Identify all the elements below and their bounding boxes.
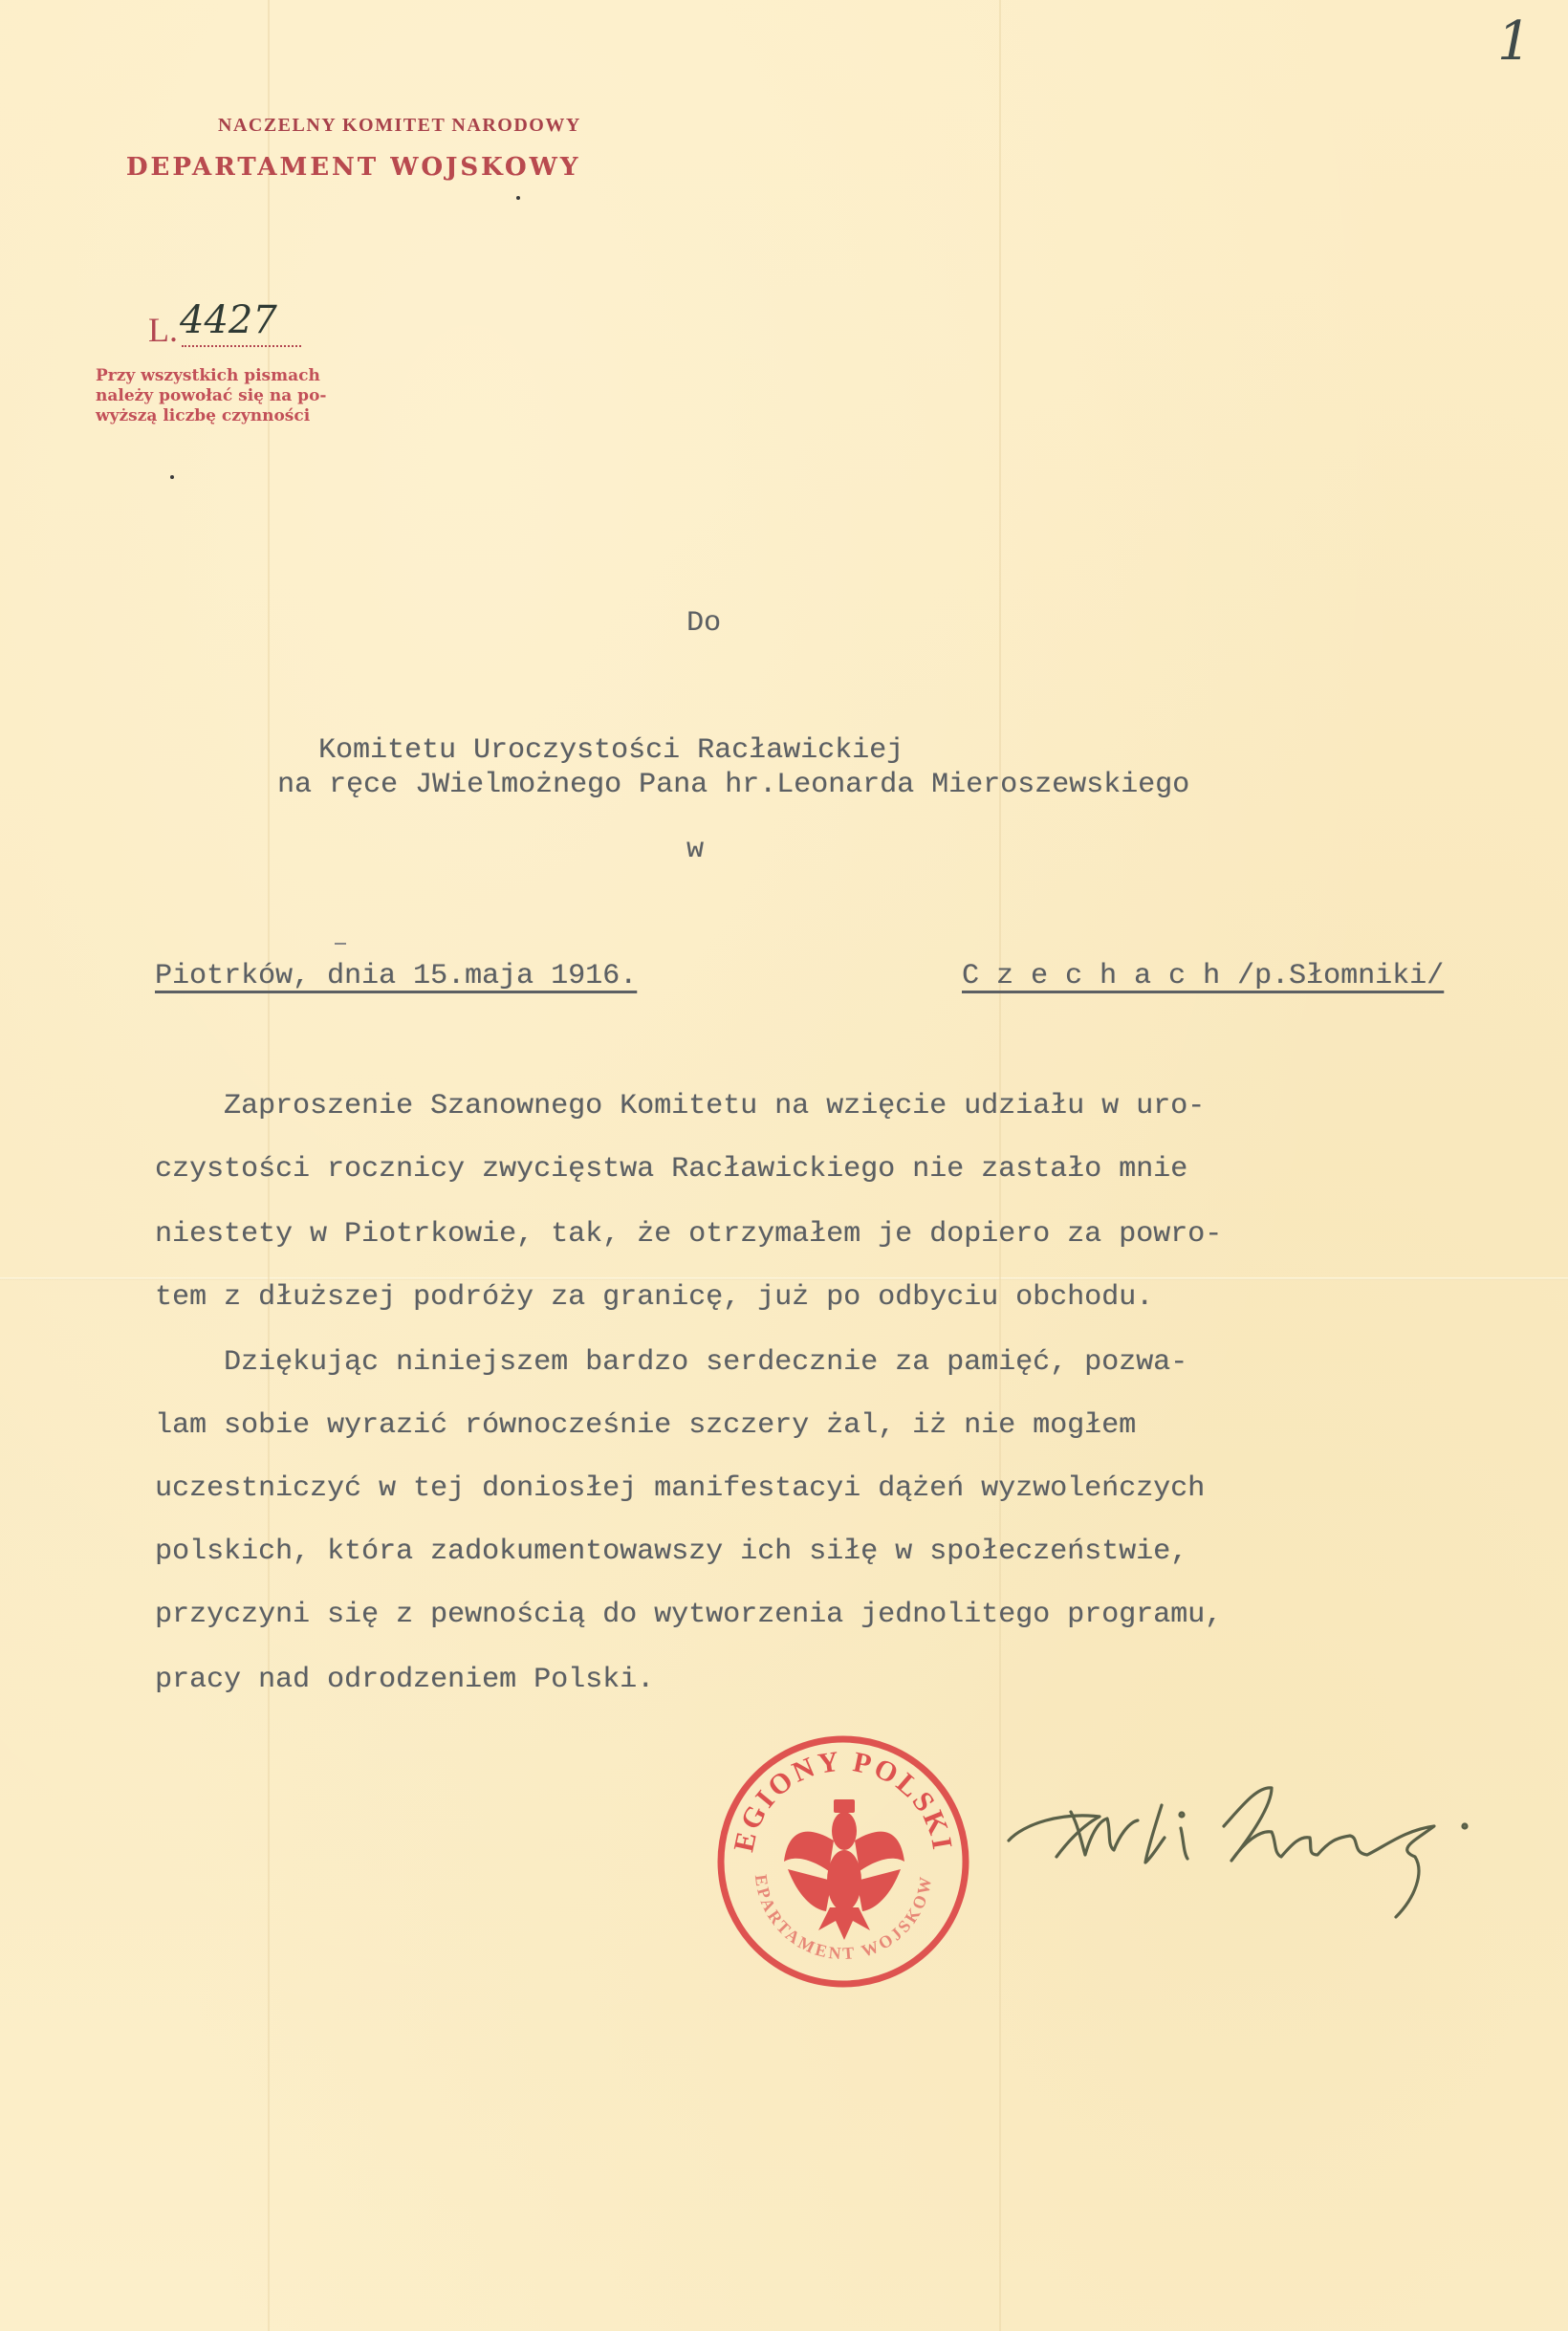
letterhead-organization: NACZELNY KOMITET NARODOWY [218, 115, 581, 137]
body-line: czystości rocznicy zwycięstwa Racławicki… [155, 1153, 1187, 1186]
reference-note-line: wyższą liczbę czynności [96, 406, 363, 426]
reference-dotted-line [182, 345, 301, 347]
addressee-line-2: na ręce JWielmożnego Pana hr.Leonarda Mi… [277, 769, 1189, 801]
body-line: tem z dłuższej podróży za granicę, już p… [155, 1281, 1153, 1314]
locality: C z e c h a c h /p.Słomniki/ [962, 960, 1444, 992]
reference-note: Przy wszystkich pismach należy powołać s… [96, 366, 363, 426]
place-and-date: Piotrków, dnia 15.maja 1916. [155, 960, 637, 992]
body-line: uczestniczyć w tej doniosłej manifestacy… [155, 1472, 1205, 1505]
ink-dot [516, 196, 520, 200]
reference-prefix: L. [148, 310, 178, 350]
handwritten-signature [994, 1750, 1472, 1922]
eagle-emblem-icon: LEGIONY POLSKIE DEPARTAMENT WOJSKOWY [709, 1728, 977, 1995]
reference-number: L. 4427 [148, 306, 277, 350]
body-line: niestety w Piotrkowie, tak, że otrzymałe… [155, 1218, 1222, 1251]
body-line: polskich, która zadokumentowawszy ich si… [155, 1536, 1187, 1568]
addressee-line-1: Komitetu Uroczystości Racławickiej [318, 734, 904, 767]
body-line: Zaproszenie Szanownego Komitetu na wzięc… [155, 1090, 1205, 1122]
reference-note-line: Przy wszystkich pismach [96, 366, 363, 386]
body-line: lam sobie wyrazić równocześnie szczery ż… [155, 1409, 1136, 1442]
page-number: 1 [1497, 15, 1532, 69]
ink-tick [335, 943, 346, 945]
signature-icon [994, 1750, 1472, 1922]
body-line: przyczyni się z pewnością do wytworzenia… [155, 1599, 1222, 1631]
reference-handwritten-number: 4427 [180, 298, 277, 342]
addressee-salutation: Do [686, 607, 721, 640]
reference-note-line: należy powołać się na po- [96, 386, 363, 406]
addressee-line-3: w [686, 834, 704, 866]
official-seal-stamp: LEGIONY POLSKIE DEPARTAMENT WOJSKOWY [709, 1728, 977, 1995]
body-line: pracy nad odrodzeniem Polski. [155, 1664, 654, 1696]
ink-dot [170, 475, 174, 479]
horizontal-fold-line [0, 1277, 1568, 1280]
body-line: Dziękując niniejszem bardzo serdecznie z… [155, 1346, 1187, 1379]
letterhead-department: DEPARTAMENT WOJSKOWY [126, 153, 580, 182]
